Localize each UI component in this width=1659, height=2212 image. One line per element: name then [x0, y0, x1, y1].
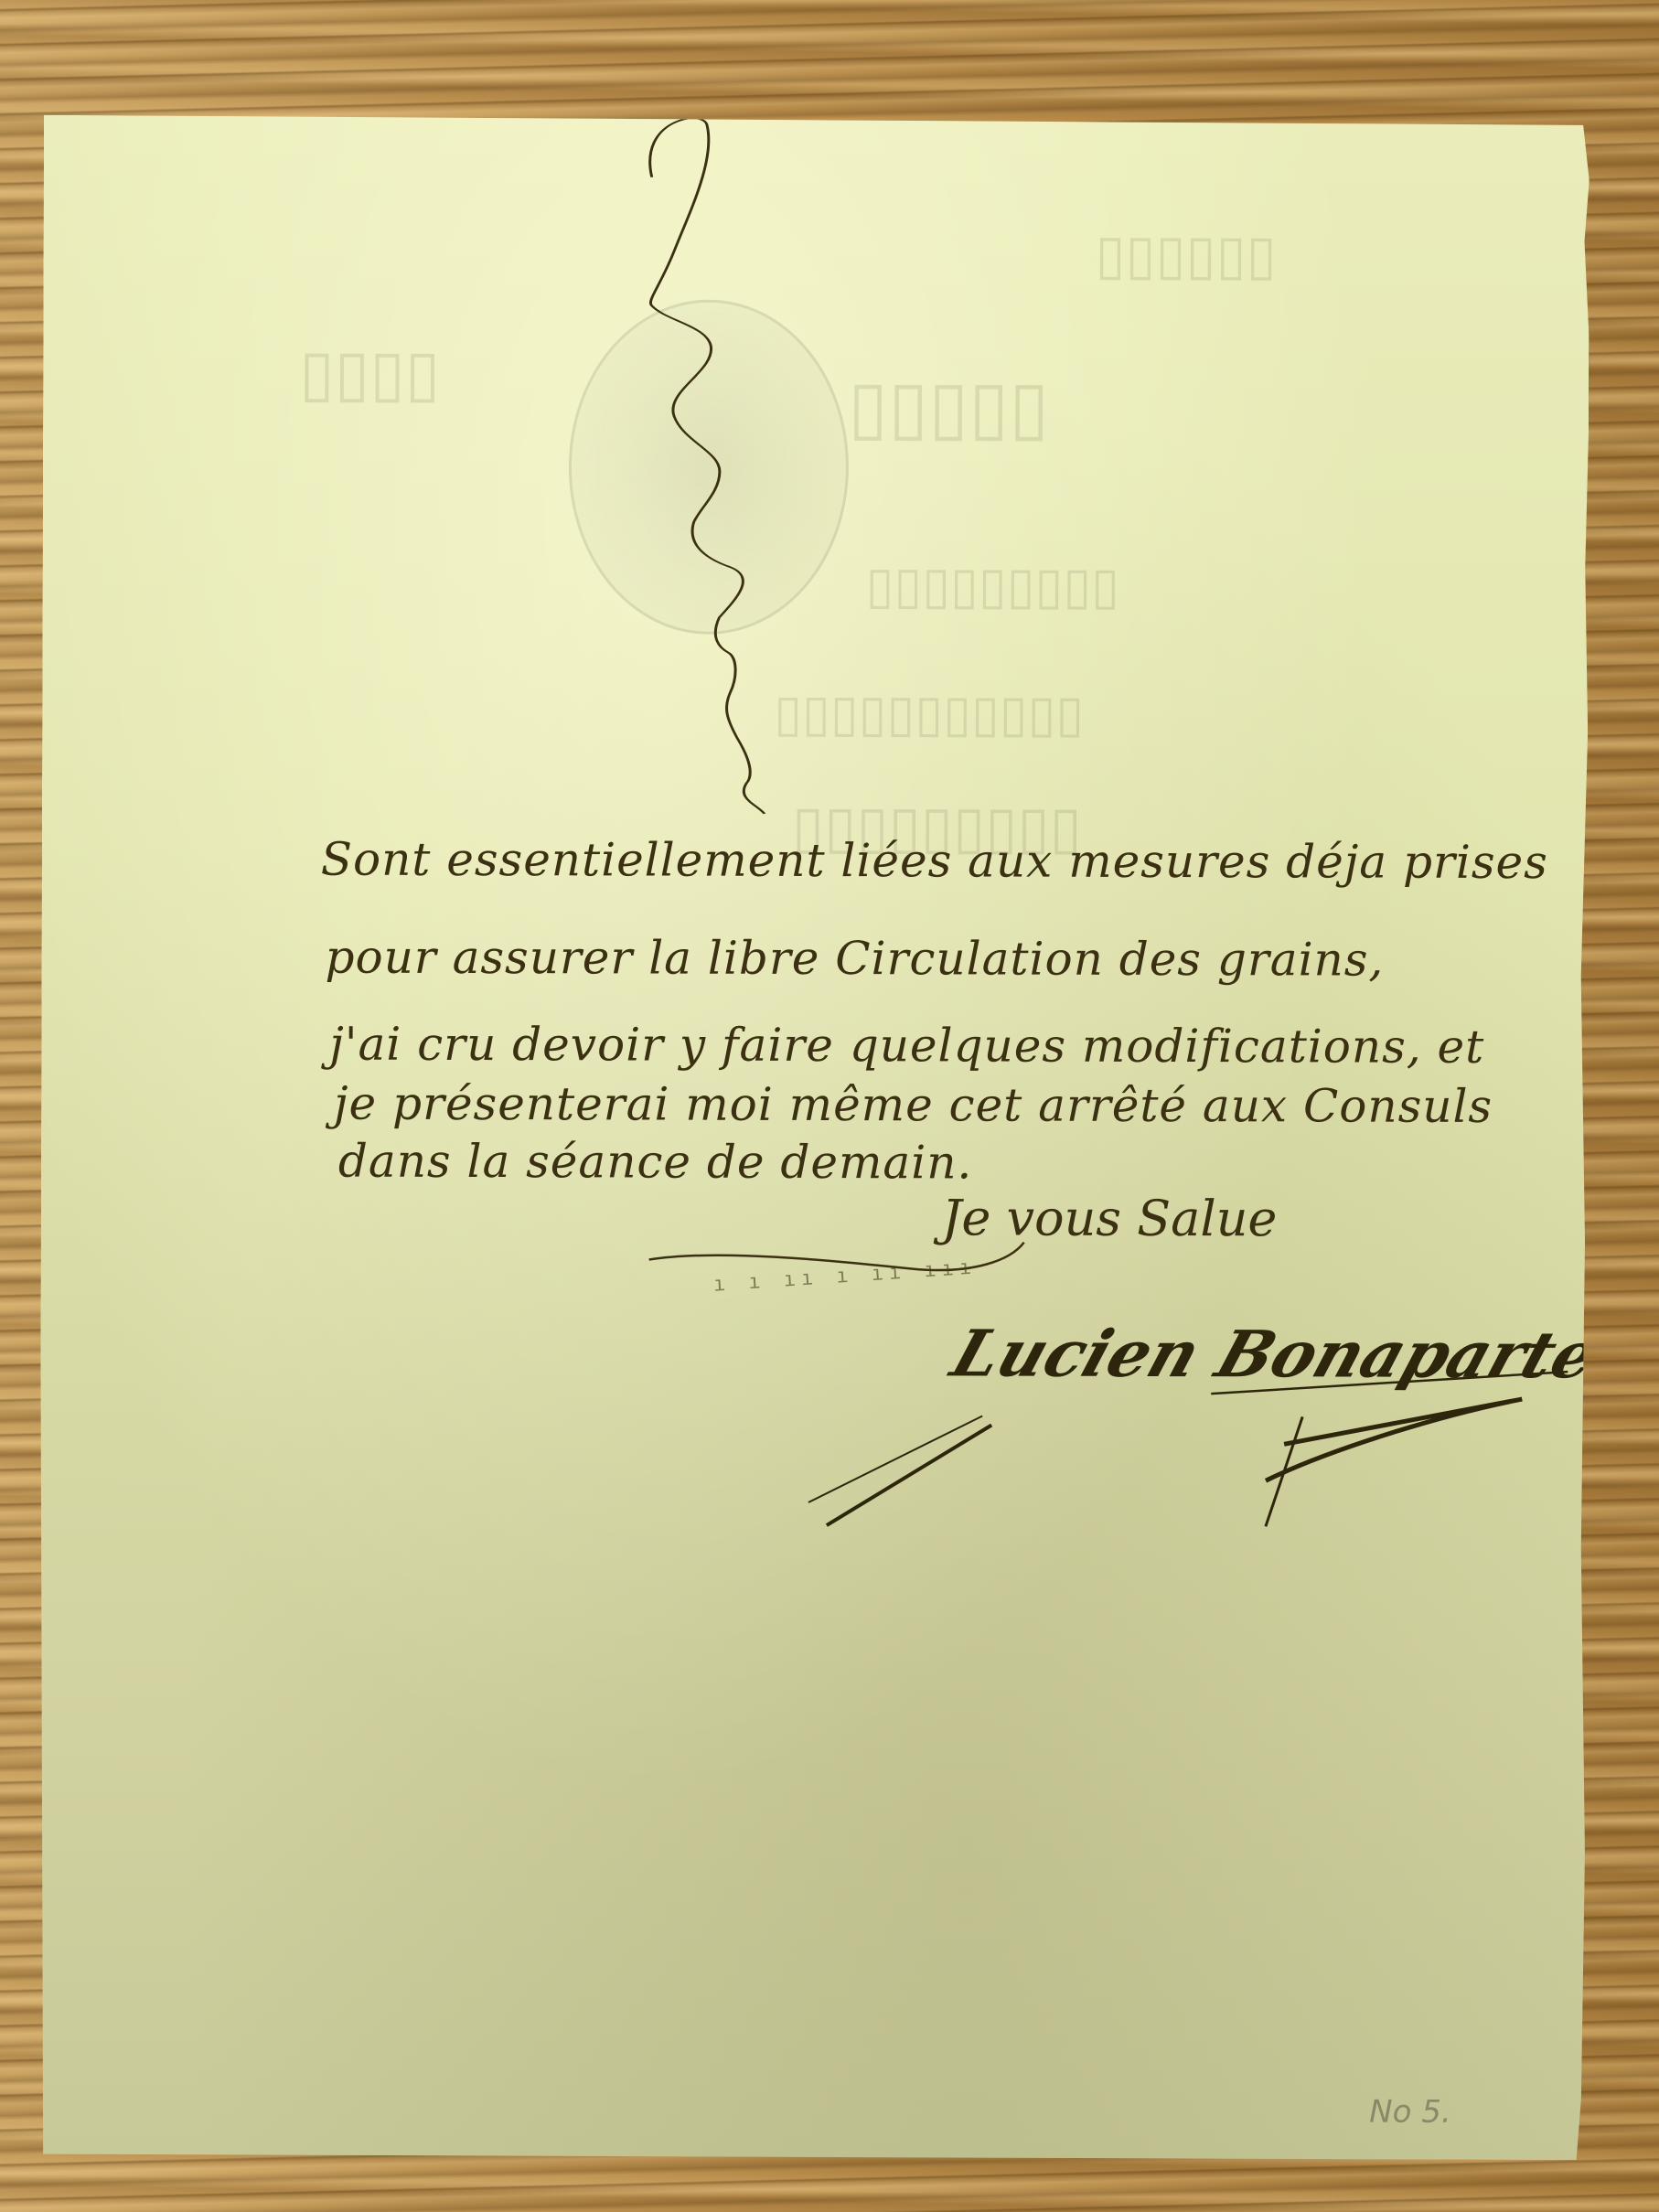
letter-body-line-5: dans la séance de demain. [338, 1138, 973, 1186]
show-through-text: ▯▯▯▯▯▯▯▯▯▯▯ [774, 684, 1084, 744]
show-through-text: ▯▯▯▯▯▯▯▯▯ [865, 556, 1119, 616]
signature-flourish [772, 1306, 1596, 1545]
letter-body-line-4: je présenterai moi même cet arrêté aux C… [334, 1081, 1493, 1129]
show-through-text: ▯▯▯▯ [299, 336, 440, 411]
show-through-text: ▯▯▯▯▯ [848, 364, 1049, 450]
show-through-text: ▯▯▯▯▯▯ [1095, 223, 1276, 288]
letter-body-line-2: pour assurer la libre Circulation des gr… [325, 935, 1384, 983]
wooden-desk-background: ▯▯▯▯▯▯ ▯▯▯▯▯ ▯▯▯▯ ▯▯▯▯▯▯▯▯▯ ▯▯▯▯▯▯▯▯▯▯▯ … [0, 0, 1659, 2212]
letter-paper: ▯▯▯▯▯▯ ▯▯▯▯▯ ▯▯▯▯ ▯▯▯▯▯▯▯▯▯ ▯▯▯▯▯▯▯▯▯▯▯ … [38, 115, 1589, 2160]
show-through-seal [568, 299, 849, 635]
pencil-annotation: No 5. [1369, 2094, 1451, 2131]
letter-body-line-1: Sont essentiellement liées aux mesures d… [321, 837, 1548, 886]
letter-body-line-3: j'ai cru devoir y faire quelques modific… [329, 1021, 1484, 1070]
